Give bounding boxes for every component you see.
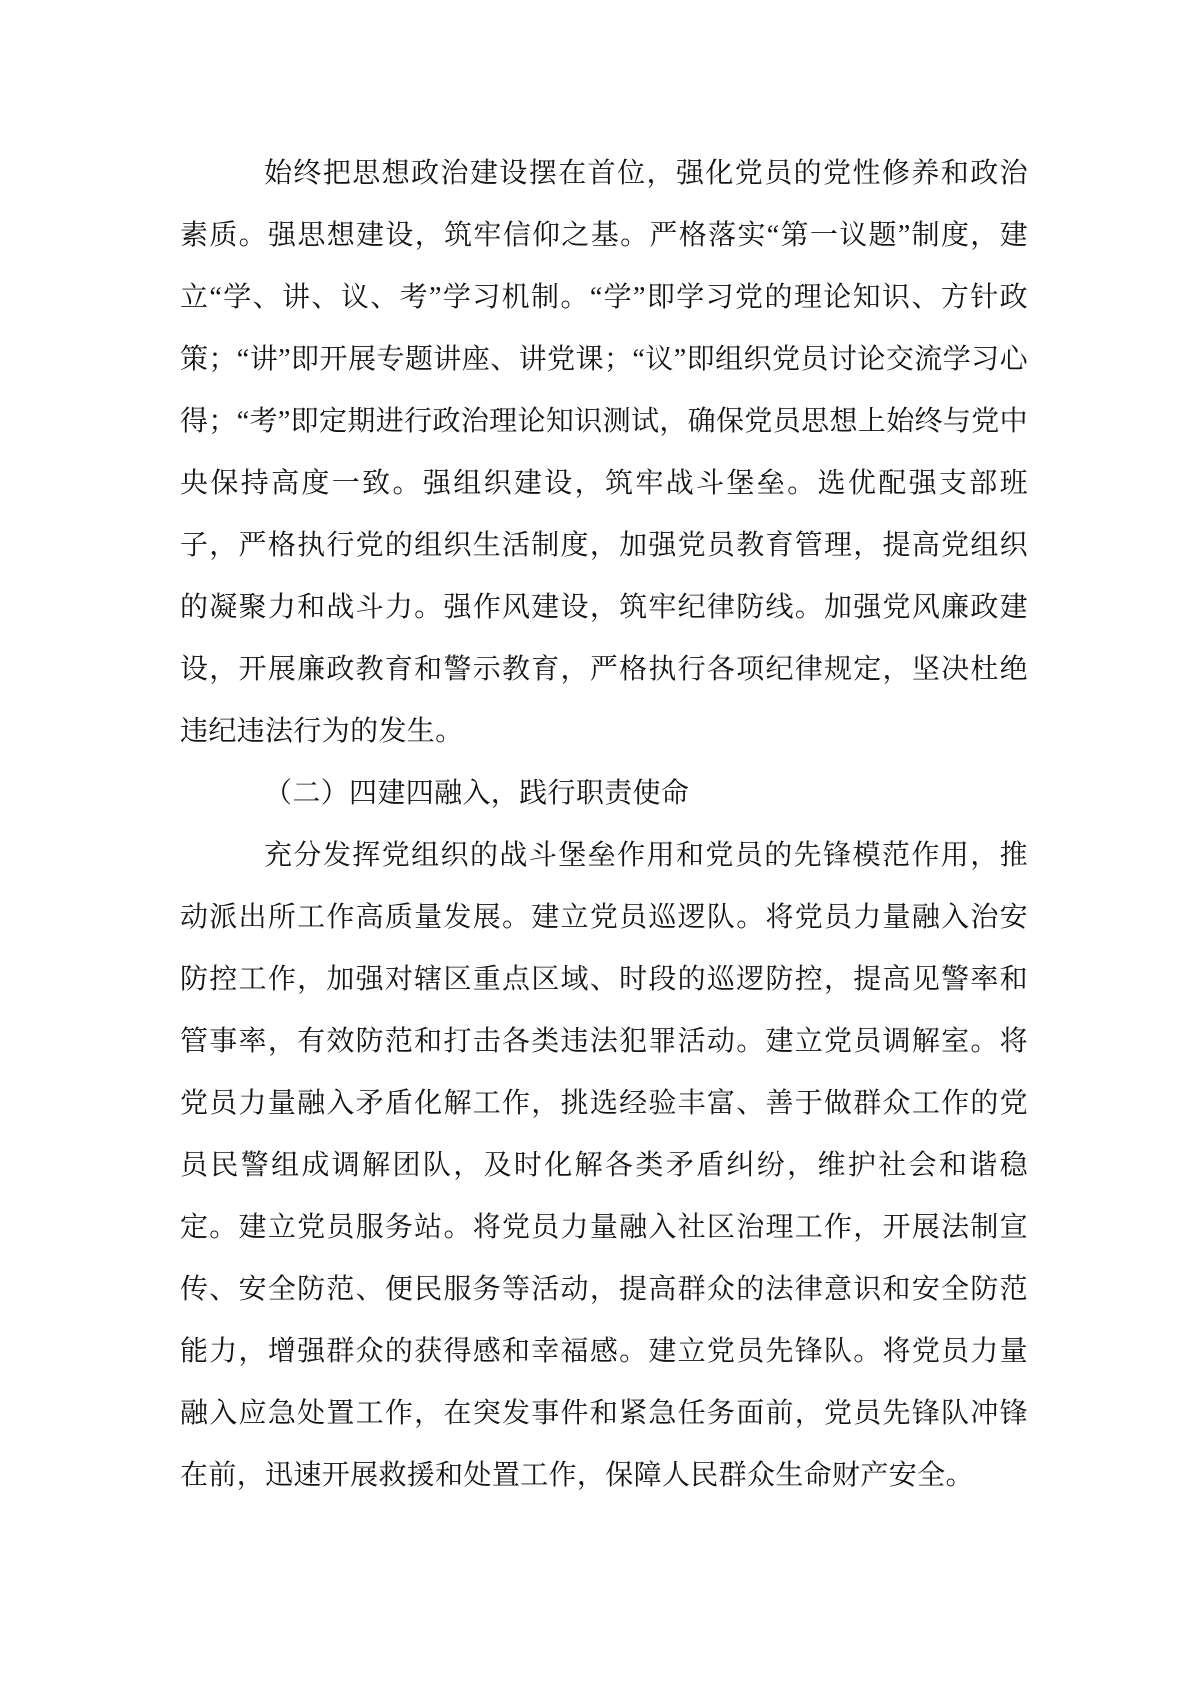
paragraph-party-building: 始终把思想政治建设摆在首位，强化党员的党性修养和政治素质。强思想建设，筑牢信仰之… — [180, 143, 1028, 763]
document-text-block: 始终把思想政治建设摆在首位，强化党员的党性修养和政治素质。强思想建设，筑牢信仰之… — [180, 143, 1028, 1507]
section-heading-two: （二）四建四融入，践行职责使命 — [180, 763, 1028, 825]
document-page: 始终把思想政治建设摆在首位，强化党员的党性修养和政治素质。强思想建设，筑牢信仰之… — [0, 0, 1190, 1683]
paragraph-four-builds-integration: 充分发挥党组织的战斗堡垒作用和党员的先锋模范作用，推动派出所工作高质量发展。建立… — [180, 825, 1028, 1507]
